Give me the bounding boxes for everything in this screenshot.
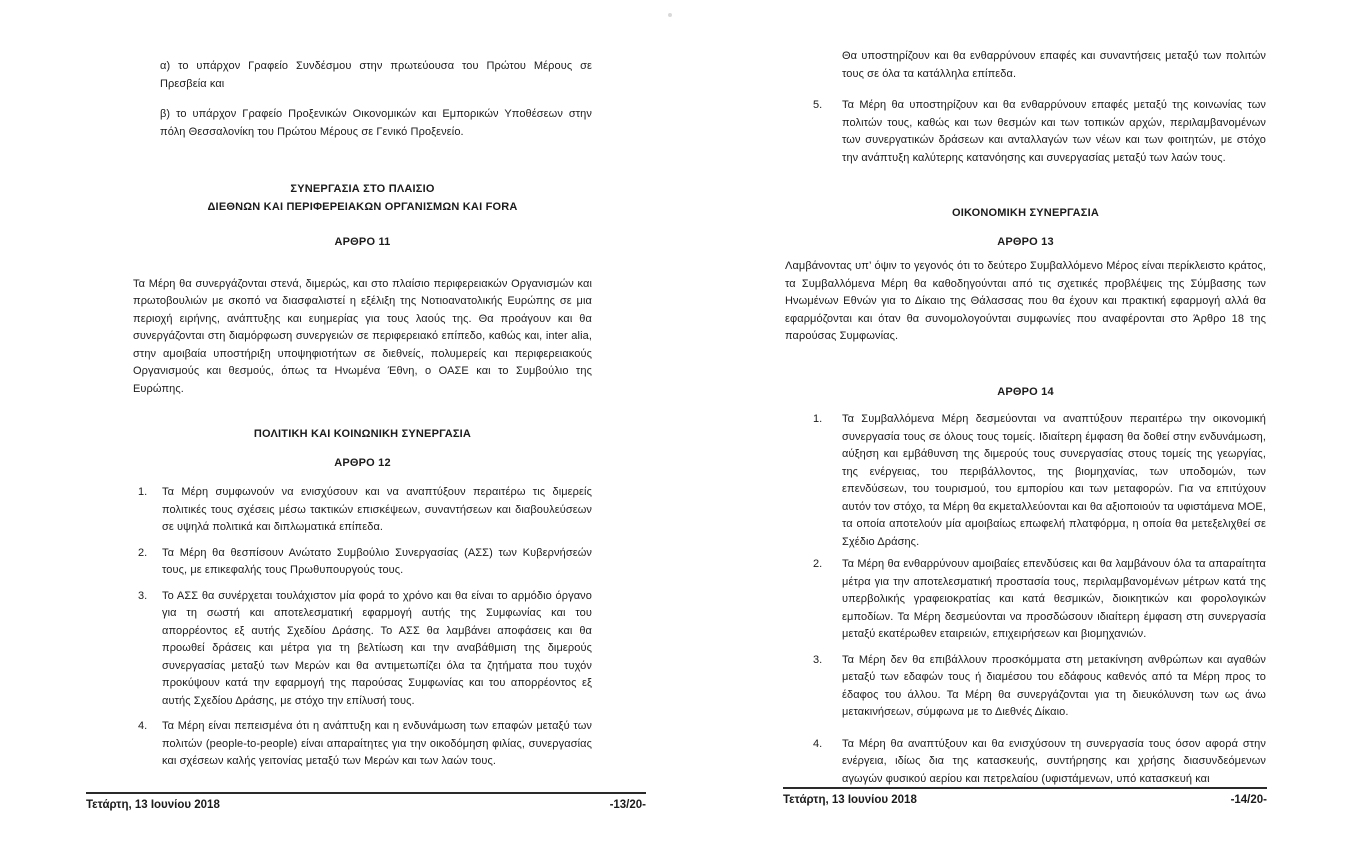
section-heading-line2: ΔΙΕΘΝΩΝ ΚΑΙ ΠΕΡΙΦΕΡΕΙΑΚΩΝ ΟΡΓΑΝΙΣΜΩΝ ΚΑΙ… bbox=[133, 199, 592, 217]
footer-page-14: Τετάρτη, 13 Ιουνίου 2018 -14/20- bbox=[783, 787, 1267, 806]
footer-page-13: Τετάρτη, 13 Ιουνίου 2018 -13/20- bbox=[86, 792, 646, 811]
list-item-text: Τα Μέρη συμφωνούν να ενισχύσουν και να α… bbox=[162, 484, 592, 537]
footer-date: Τετάρτη, 13 Ιουνίου 2018 bbox=[783, 794, 917, 806]
list-item: 4. Τα Μέρη θα αναπτύξουν και θα ενισχύσο… bbox=[785, 736, 1266, 789]
list-item-text: Το ΑΣΣ θα συνέρχεται τουλάχιστον μία φορ… bbox=[162, 588, 592, 711]
list-item-text: Τα Μέρη δεν θα επιβάλλουν προσκόμματα στ… bbox=[842, 652, 1266, 722]
list-item: 3. Το ΑΣΣ θα συνέρχεται τουλάχιστον μία … bbox=[133, 588, 592, 711]
list-item-number: 1. bbox=[813, 411, 842, 429]
list-item-text: Τα Μέρη είναι πεπεισμένα ότι η ανάπτυξη … bbox=[162, 718, 592, 771]
article-12-heading: ΑΡΘΡΟ 12 bbox=[133, 455, 592, 473]
paragraph-a: α) το υπάρχον Γραφείο Συνδέσμου στην πρω… bbox=[160, 58, 592, 93]
list-item: 1. Τα Συμβαλλόμενα Μέρη δεσμεύονται να α… bbox=[785, 411, 1266, 551]
list-item-number: 5. bbox=[813, 97, 842, 115]
paragraph-b: β) το υπάρχον Γραφείο Προξενικών Οικονομ… bbox=[160, 106, 592, 141]
list-item: 5. Τα Μέρη θα υποστηρίζουν και θα ενθαρρ… bbox=[785, 97, 1266, 167]
section2-heading: ΠΟΛΙΤΙΚΗ ΚΑΙ ΚΟΙΝΩΝΙΚΗ ΣΥΝΕΡΓΑΣΙΑ bbox=[133, 426, 592, 444]
list-item-number: 3. bbox=[138, 588, 162, 606]
list-item-number: 2. bbox=[138, 545, 162, 563]
continuation-paragraph: Θα υποστηρίζουν και θα ενθαρρύνουν επαφέ… bbox=[842, 48, 1266, 83]
list-item-text: Τα Μέρη θα θεσπίσουν Ανώτατο Συμβούλιο Σ… bbox=[162, 545, 592, 580]
list-item: 4. Τα Μέρη είναι πεπεισμένα ότι η ανάπτυ… bbox=[133, 718, 592, 771]
list-item: 1. Τα Μέρη συμφωνούν να ενισχύσουν και ν… bbox=[133, 484, 592, 537]
list-item-number: 4. bbox=[138, 718, 162, 736]
page-14: Θα υποστηρίζουν και θα ενθαρρύνουν επαφέ… bbox=[785, 48, 1266, 788]
list-item: 2. Τα Μέρη θα θεσπίσουν Ανώτατο Συμβούλι… bbox=[133, 545, 592, 580]
list-item-text: Τα Μέρη θα υποστηρίζουν και θα ενθαρρύνο… bbox=[842, 97, 1266, 167]
list-item-text: Τα Μέρη θα αναπτύξουν και θα ενισχύσουν … bbox=[842, 736, 1266, 789]
list-item-number: 4. bbox=[813, 736, 842, 754]
list-item: 2. Τα Μέρη θα ενθαρρύνουν αμοιβαίες επεν… bbox=[785, 556, 1266, 644]
list-item-text: Τα Συμβαλλόμενα Μέρη δεσμεύονται να αναπ… bbox=[842, 411, 1266, 551]
economic-section-heading: ΟΙΚΟΝΟΜΙΚΗ ΣΥΝΕΡΓΑΣΙΑ bbox=[785, 205, 1266, 223]
footer-date: Τετάρτη, 13 Ιουνίου 2018 bbox=[86, 799, 220, 811]
list-item-number: 1. bbox=[138, 484, 162, 502]
footer-page-number: -14/20- bbox=[1231, 794, 1267, 806]
list-item-number: 3. bbox=[813, 652, 842, 670]
article-13-text: Λαμβάνοντας υπ’ όψιν το γεγονός ότι το δ… bbox=[785, 258, 1266, 346]
list-item-number: 2. bbox=[813, 556, 842, 574]
page-13: α) το υπάρχον Γραφείο Συνδέσμου στην πρω… bbox=[133, 58, 592, 771]
scan-speck bbox=[668, 13, 672, 17]
section-heading-line1: ΣΥΝΕΡΓΑΣΙΑ ΣΤΟ ΠΛΑΙΣΙΟ bbox=[133, 181, 592, 199]
article-11-text: Τα Μέρη θα συνεργάζονται στενά, διμερώς,… bbox=[133, 276, 592, 399]
article-14-heading: ΑΡΘΡΟ 14 bbox=[785, 384, 1266, 402]
list-item: 3. Τα Μέρη δεν θα επιβάλλουν προσκόμματα… bbox=[785, 652, 1266, 722]
list-item-text: Τα Μέρη θα ενθαρρύνουν αμοιβαίες επενδύσ… bbox=[842, 556, 1266, 644]
article-11-heading: ΑΡΘΡΟ 11 bbox=[133, 234, 592, 252]
footer-page-number: -13/20- bbox=[610, 799, 646, 811]
article-13-heading: ΑΡΘΡΟ 13 bbox=[785, 234, 1266, 252]
